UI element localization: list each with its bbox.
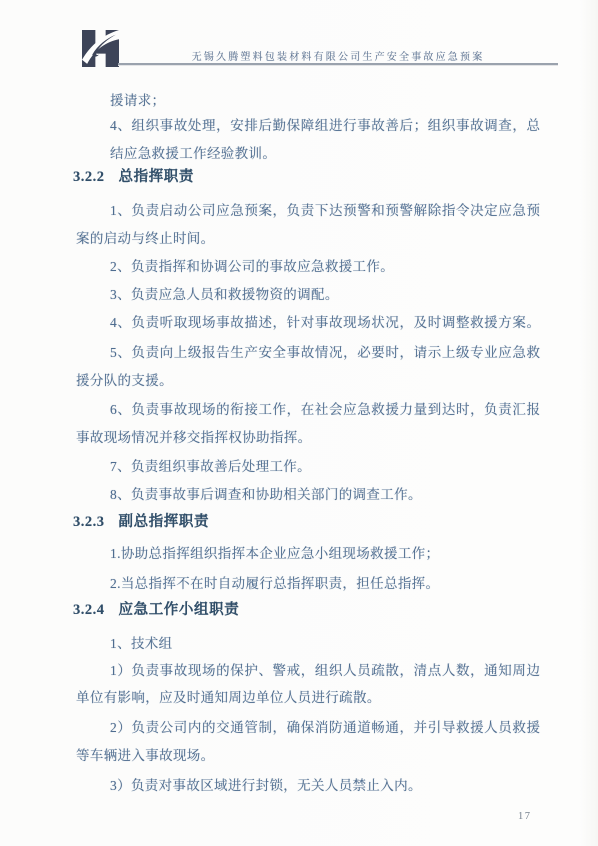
- document-line: 1、技术组: [110, 635, 173, 652]
- document-line: 1）负责事故现场的保护、警戒，组织人员疏散，清点人数，通知周边: [110, 662, 540, 679]
- section-heading: 3.2.4应急工作小组职责: [73, 602, 239, 619]
- section-heading: 3.2.2总指挥职责: [73, 169, 194, 186]
- document-line: 单位有影响，应及时通知周边单位人员进行疏散。: [76, 689, 381, 706]
- header-rule: [118, 63, 558, 66]
- document-line: 6、负责事故现场的衔接工作，在社会应急救援力量到达时，负责汇报: [110, 401, 540, 418]
- document-line: 2.当总指挥不在时自动履行总指挥职责，担任总指挥。: [110, 575, 439, 592]
- document-line: 等车辆进入事故现场。: [76, 747, 215, 764]
- heading-number: 3.2.2: [73, 169, 105, 185]
- company-logo-icon: [82, 30, 119, 67]
- document-line: 4、负责听取现场事故描述，针对事故现场状况，及时调整救援方案。: [110, 314, 540, 331]
- document-line: 结应急救援工作经验教训。: [110, 145, 276, 162]
- document-line: 1.协助总指挥组织指挥本企业应急小组现场救援工作；: [110, 545, 439, 562]
- document-line: 援请求；: [110, 92, 165, 109]
- header-title: 无锡久腾塑料包装材料有限公司生产安全事故应急预案: [118, 48, 558, 63]
- heading-title: 副总指挥职责: [119, 514, 210, 530]
- document-line: 4、组织事故处理，安排后勤保障组进行事故善后；组织事故调查，总: [110, 117, 540, 134]
- document-line: 援分队的支援。: [76, 372, 173, 389]
- document-line: 2、负责指挥和协调公司的事故应急救援工作。: [110, 258, 394, 275]
- document-line: 案的启动与终止时间。: [76, 230, 215, 247]
- document-line: 8、负责事故事后调查和协助相关部门的调查工作。: [110, 486, 422, 503]
- document-line: 2）负责公司内的交通管制，确保消防通道畅通，并引导救援人员救援: [110, 719, 540, 736]
- document-line: 7、负责组织事故善后处理工作。: [110, 458, 311, 475]
- section-heading: 3.2.3副总指挥职责: [73, 514, 209, 531]
- document-line: 3）负责对事故区域进行封锁，无关人员禁止入内。: [110, 777, 422, 794]
- heading-number: 3.2.4: [73, 602, 105, 618]
- scanned-document-page: 无锡久腾塑料包装材料有限公司生产安全事故应急预案 援请求；4、组织事故处理，安排…: [0, 0, 598, 846]
- heading-title: 总指挥职责: [119, 169, 195, 185]
- heading-title: 应急工作小组职责: [119, 602, 240, 618]
- document-line: 5、负责向上级报告生产安全事故情况，必要时，请示上级专业应急救: [110, 344, 540, 361]
- page-number: 17: [518, 811, 532, 822]
- document-line: 3、负责应急人员和救援物资的调配。: [110, 286, 339, 303]
- heading-number: 3.2.3: [73, 514, 105, 530]
- document-line: 1、负责启动公司应急预案，负责下达预警和预警解除指令决定应急预: [110, 202, 540, 219]
- document-line: 事故现场情况并移交指挥权协助指挥。: [76, 429, 311, 446]
